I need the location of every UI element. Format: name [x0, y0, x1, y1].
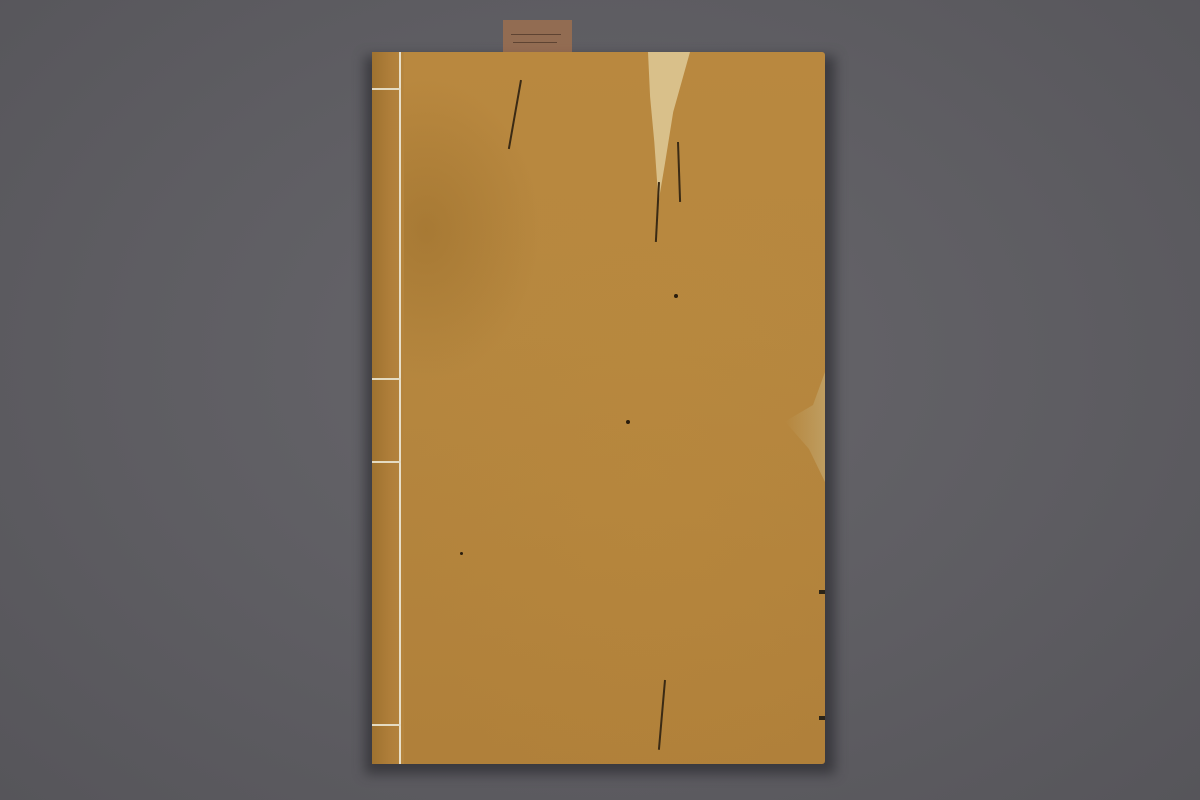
crack — [677, 142, 681, 202]
speck — [674, 294, 678, 298]
binding-stitch — [372, 724, 401, 726]
speck — [460, 552, 463, 555]
crack — [655, 182, 660, 242]
edge-mark — [819, 590, 825, 594]
crack — [508, 80, 522, 149]
binding-thread — [399, 52, 401, 764]
crack — [658, 680, 666, 750]
binding-stitch — [372, 461, 401, 463]
book-cover — [372, 52, 825, 764]
binding-stitch — [372, 88, 401, 90]
frayed-edge — [785, 372, 825, 482]
speck — [626, 420, 630, 424]
torn-area — [648, 52, 690, 202]
binding-stitch — [372, 378, 401, 380]
edge-mark — [819, 716, 825, 720]
